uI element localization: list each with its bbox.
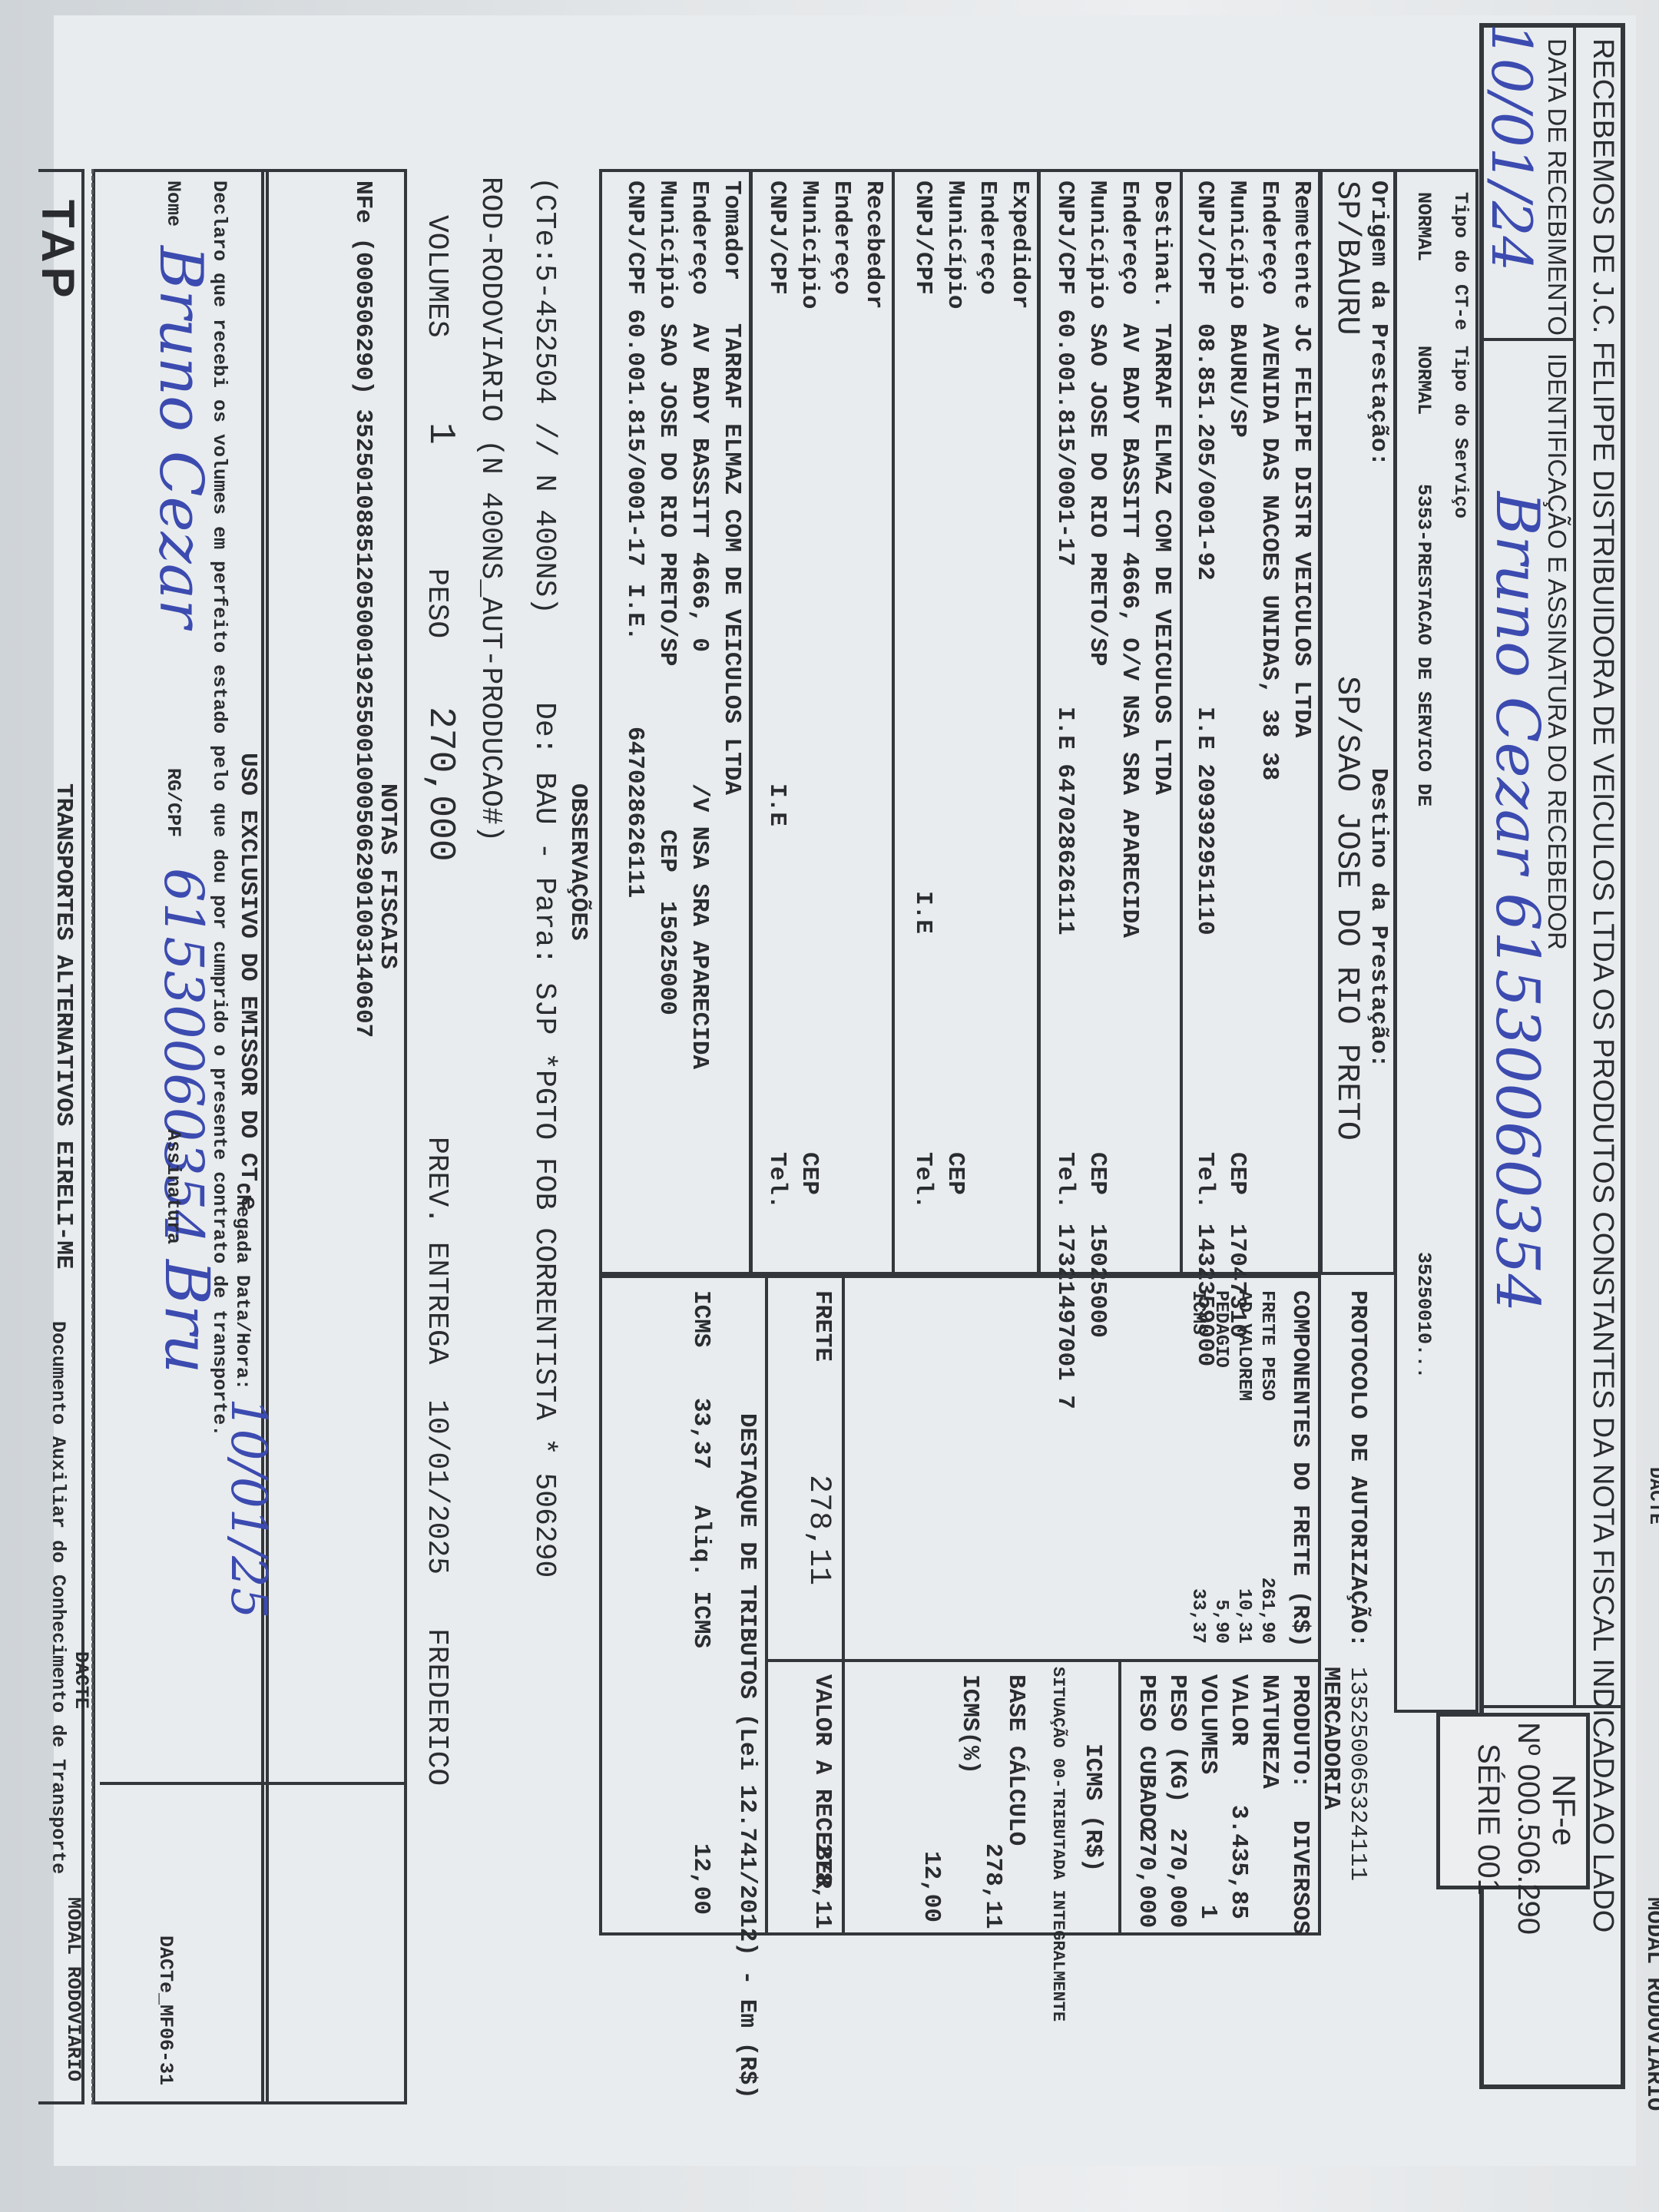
- assinatura-handwritten[interactable]: Bru: [151, 1260, 223, 1374]
- componente-row: FRETE PESO261,90: [1255, 1290, 1278, 1644]
- peso-cubado-value: 270,000: [1133, 1828, 1160, 1928]
- destinatario-endereco-label: Endereço: [1116, 180, 1143, 295]
- componente-label: PEDAGIO: [1209, 1290, 1232, 1368]
- componente-value: 261,90: [1255, 1578, 1278, 1644]
- tipo-cte-label: Tipo do CT-e: [1449, 192, 1472, 330]
- componente-label: ICMS: [1186, 1290, 1209, 1335]
- produto-value: MERCADORIA: [1317, 1667, 1344, 1810]
- componente-value: 10,31: [1232, 1588, 1255, 1644]
- destinatario-cnpj: 60.001.815/0001-17: [1051, 309, 1078, 566]
- recebedor-cnpj-label: CNPJ/CPF: [763, 180, 790, 295]
- footer-dacte-label: DACTE: [70, 1651, 92, 1709]
- tomador-endereco2: /V NSA SRA APARECIDA: [686, 783, 713, 1069]
- protocolo-label: PROTOCOLO DE AUTORIZAÇÃO:: [1344, 1290, 1371, 1647]
- base-calculo-label: BASE CÁLCULO: [1002, 1674, 1029, 1846]
- origem-value: SP/BAURU: [1329, 180, 1366, 336]
- destinatario-municipio: SAO JOSE DO RIO PRETO/SP: [1084, 323, 1111, 666]
- remetente-name: JC FELIPE DISTR VEICULOS LTDA: [1288, 323, 1315, 738]
- destino-value: SP/SAO JOSE DO RIO PRETO: [1329, 676, 1366, 1141]
- cfop-value: 5353-PRESTACAO DE SERVICO DE: [1412, 484, 1435, 806]
- motorista: FREDERICO: [420, 1628, 453, 1786]
- destinatario-cep-label: CEP: [1084, 1152, 1111, 1195]
- tomador-label: Tomador: [718, 180, 745, 280]
- expedidor-tel-label: Tel.: [909, 1152, 936, 1209]
- expedidor-label: Expedidor: [1006, 180, 1033, 309]
- tomador-ie-label: I.E.: [621, 584, 648, 641]
- tributos-aliq-value: 12,00: [687, 1843, 714, 1915]
- prev-entrega-value: 10/01/2025: [420, 1399, 453, 1575]
- nfe-label: NF-e: [1545, 1774, 1582, 1846]
- tomador-ie: 647028626111: [621, 727, 648, 898]
- remetente-tel-label: Tel.: [1191, 1152, 1218, 1209]
- date-received-handwritten[interactable]: 10/01/24: [1479, 23, 1544, 271]
- icms-title: ICMS (R$): [1079, 1743, 1106, 1872]
- obs-peso-label: PESO: [420, 568, 453, 638]
- protocolo-value: 135250065324111: [1344, 1667, 1371, 1881]
- componente-label: AD VALOREM: [1232, 1290, 1255, 1401]
- tipo-servico-value: NORMAL: [1412, 346, 1435, 415]
- expedidor-cnpj-label: CNPJ/CPF: [909, 180, 936, 295]
- remetente-municipio-label: Município: [1224, 180, 1250, 309]
- natureza-value: DIVERSOS: [1286, 1820, 1313, 1935]
- expedidor-cep-label: CEP: [942, 1152, 969, 1195]
- componente-label: FRETE PESO: [1255, 1290, 1278, 1401]
- receipt-header: RECEBEMOS DE J.C. FELIPPE DISTRIBUIDORA …: [1586, 38, 1619, 1932]
- uso-emissor-title: USO EXCLUSIVO DO EMISSOR DO CT-e: [234, 753, 261, 1210]
- observacoes-title: OBSERVAÇÕES: [565, 783, 591, 941]
- remetente-municipio: BAURU/SP: [1224, 323, 1250, 438]
- company-logo: TAP: [31, 200, 84, 303]
- peso-cubado-label: PESO CUBADO: [1133, 1674, 1160, 1832]
- receiver-id-handwritten[interactable]: Bruno Cezar 61530060354: [1482, 492, 1551, 1312]
- destinatario-cnpj-label: CNPJ/CPF: [1051, 180, 1078, 295]
- frete-value: 278,11: [801, 1475, 836, 1585]
- componente-value: 5,90: [1209, 1599, 1232, 1644]
- tomador-cnpj-label: CNPJ/CPF: [621, 180, 648, 295]
- rg-cpf-label: RG/CPF: [162, 768, 184, 837]
- remetente-endereco: AVENIDA DAS NACOES UNIDAS, 38 38: [1256, 323, 1283, 780]
- componente-row: AD VALOREM10,31: [1232, 1290, 1255, 1644]
- componentes-list: FRETE PESO261,90AD VALOREM10,31PEDAGIO5,…: [1186, 1290, 1278, 1644]
- remetente-cnpj-label: CNPJ/CPF: [1191, 180, 1218, 295]
- notas-fiscais-box: [261, 169, 407, 2104]
- componentes-title: COMPONENTES DO FRETE (R$): [1286, 1290, 1313, 1647]
- destinatario-name: TARRAF ELMAZ COM DE VEICULOS LTDA: [1148, 323, 1175, 795]
- tributos-icms-label: ICMS: [687, 1290, 714, 1347]
- remetente-cep-label: CEP: [1224, 1152, 1250, 1195]
- recebedor-cep-label: CEP: [796, 1152, 823, 1195]
- obs-volumes-label: VOLUMES: [420, 215, 453, 338]
- date-received-label: DATA DE RECEBIMENTO: [1542, 38, 1571, 336]
- remetente-label: Remetente: [1288, 180, 1315, 309]
- form-code: DACTe_MF06-31: [154, 1936, 177, 2085]
- nfe-key: NFe (000506290) 352501088512050001925500…: [349, 180, 376, 1038]
- nfe-serie: SÉRIE 001: [1471, 1743, 1505, 1896]
- produto-label: PRODUTO:: [1286, 1674, 1313, 1789]
- peso-label: PESO (KG): [1164, 1674, 1190, 1803]
- destinatario-label: Destinat.: [1148, 180, 1175, 309]
- observacoes-line2: ROD-RODOVIARIO (N 400NS_AUT-PRODUCAO#): [474, 177, 507, 843]
- tributos-title: DESTAQUE DE TRIBUTOS (Lei 12.741/2012) -…: [733, 1413, 760, 2099]
- tomador-endereco: AV BADY BASSITT 4666, 0: [686, 323, 713, 652]
- expedidor-ie-label: I.E: [909, 891, 936, 934]
- recebedor-municipio-label: Município: [796, 180, 823, 309]
- tomador-name: TARRAF ELMAZ COM DE VEICULOS LTDA: [718, 323, 745, 795]
- origem-label: Origem da Prestação:: [1365, 180, 1392, 466]
- tipo-servico-label: Tipo do Serviço: [1449, 346, 1472, 518]
- tomador-cnpj: 60.001.815/0001-17: [621, 309, 648, 566]
- destinatario-municipio-label: Município: [1084, 180, 1111, 309]
- destinatario-endereco: AV BADY BASSITT 4666, O/V NSA SRA APAREC…: [1116, 323, 1143, 938]
- recebedor-tel-label: Tel.: [763, 1152, 790, 1209]
- icms-aliq-label: ICMS(%): [956, 1674, 983, 1774]
- dacte-label-top: DACTE: [1644, 1467, 1659, 1525]
- parties-box-2: [749, 169, 1041, 1275]
- componente-row: ICMS33,37: [1186, 1290, 1209, 1644]
- destinatario-tel-label: Tel.: [1051, 1152, 1078, 1209]
- footer-doc-subtitle: Documento Auxiliar do Conhecimento de Tr…: [47, 1321, 69, 1874]
- tomador-municipio: SAO JOSE DO RIO PRETO/SP: [654, 323, 680, 666]
- base-calculo-value: 278,11: [979, 1843, 1006, 1929]
- tomador-cep-label: CEP: [654, 829, 680, 873]
- tributos-aliq-label: Aliq. ICMS: [687, 1505, 714, 1648]
- recebedor-endereco-label: Endereço: [828, 180, 855, 295]
- recebedor-label: Recebedor: [860, 180, 887, 309]
- observacoes-line1: (CTe:5-452504 // N 400NS) De: BAU - Para…: [528, 177, 561, 1578]
- remetente-cnpj: 08.851.205/0001-92: [1191, 323, 1218, 581]
- frete-label: FRETE: [809, 1290, 836, 1362]
- componente-row: PEDAGIO5,90: [1209, 1290, 1232, 1644]
- remetente-endereco-label: Endereço: [1256, 180, 1283, 295]
- dacte-document: RECEBEMOS DE J.C. FELIPPE DISTRIBUIDORA …: [54, 15, 1636, 2166]
- nome-label: Nome: [162, 180, 184, 227]
- remetente-ie: 209392951110: [1191, 763, 1218, 935]
- expedidor-municipio-label: Município: [942, 180, 969, 309]
- icms-situacao: SITUAÇÃO 00-TRIBUTADA INTEGRALMENTE: [1048, 1667, 1068, 2022]
- destino-label: Destino da Prestação:: [1365, 768, 1392, 1068]
- obs-volumes-value: 1: [419, 422, 461, 445]
- tributos-icms-value: 33,37: [687, 1398, 714, 1469]
- tomador-endereco-label: Endereço: [686, 180, 713, 295]
- chegada-handwritten[interactable]: 10/01/25: [220, 1398, 276, 1618]
- prev-entrega-label: PREV. ENTREGA: [420, 1137, 453, 1364]
- volumes-value: 1: [1194, 1905, 1221, 1919]
- tipo-cte-value: NORMAL: [1412, 192, 1435, 261]
- chave-fragment: 35250010...: [1412, 1252, 1435, 1379]
- destinatario-ie-label: I.E: [1051, 707, 1078, 750]
- valor-receber-value: 278,11: [809, 1843, 836, 1929]
- nfe-number: Nº 000.506.290: [1511, 1722, 1545, 1935]
- notas-fiscais-title: NOTAS FISCAIS: [374, 783, 401, 969]
- valor-value: 3.435,85: [1225, 1805, 1252, 1919]
- obs-peso-value: 270,000: [419, 707, 461, 862]
- tomador-municipio-label: Município: [654, 180, 680, 309]
- peso-value: 270,000: [1164, 1828, 1190, 1928]
- natureza-label: NATUREZA: [1256, 1674, 1283, 1789]
- valor-label: VALOR: [1225, 1674, 1252, 1746]
- recebedor-ie-label: I.E: [763, 783, 790, 826]
- assinatura-label: Assinatura: [162, 1129, 184, 1244]
- expedidor-endereco-label: Endereço: [974, 180, 1001, 295]
- tomador-cep: 15025000: [654, 901, 680, 1015]
- volumes-label: VOLUMES: [1194, 1674, 1221, 1774]
- nome-handwritten[interactable]: Bruno Cezar: [146, 246, 215, 628]
- remetente-ie-label: I.E: [1191, 707, 1218, 750]
- footer-modal: MODAL RODOVIÁRIO: [62, 1897, 84, 2081]
- componente-value: 33,37: [1186, 1588, 1209, 1644]
- footer-company: TRANSPORTES ALTERNATIVOS EIRELI-ME: [50, 783, 77, 1270]
- destinatario-ie: 647028626111: [1051, 763, 1078, 935]
- chegada-label: Chegada Data/Hora:: [231, 1183, 253, 1390]
- tear-line: [91, 169, 94, 2104]
- icms-aliq-value: 12,00: [918, 1851, 945, 1922]
- modal-top: MODAL RODOVIÁRIO: [1641, 1897, 1659, 2111]
